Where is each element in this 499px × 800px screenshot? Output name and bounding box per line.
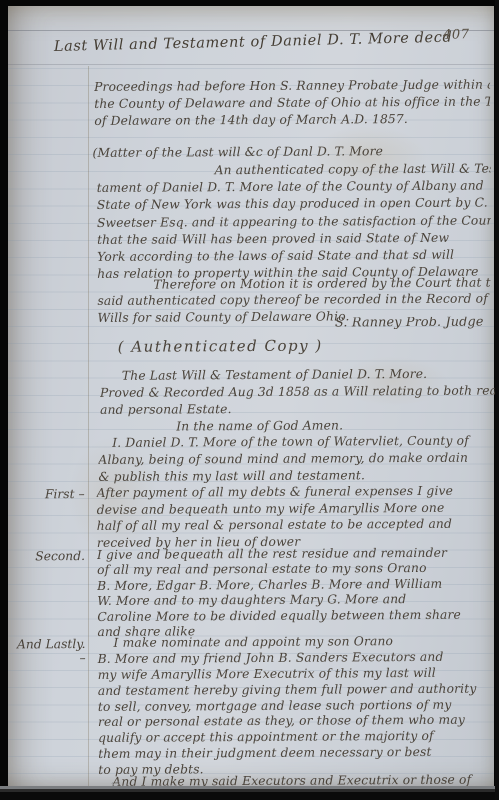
text-line: ( Authenticated Copy ) [118, 338, 398, 356]
section-authenticated-order: An authenticated copy of the last Will &… [97, 163, 492, 286]
margin-label-clause-second: Second. [15, 549, 85, 563]
margin-label-clause-lastly: And Lastly. – [15, 637, 85, 665]
page-number: 407 [443, 27, 470, 43]
section-judge-signature: S. Ranney Prob. Judge [258, 317, 484, 334]
section-testator-declaration: I. Daniel D. T. More of the town of Wate… [98, 435, 496, 489]
section-proceedings: Proceedings had before Hon S. Ranney Pro… [94, 79, 490, 133]
book-bottom-edge [0, 786, 499, 800]
text-line: In the name of God Amen. [176, 419, 436, 437]
ledger-paper: Last Will and Testament of Daniel D. T. … [8, 6, 494, 787]
scanned-page-photo: Last Will and Testament of Daniel D. T. … [0, 0, 499, 800]
text-line: of Delaware on the 14th day of March A.D… [94, 113, 490, 133]
section-clause-lastly: I make nominate and appoint my son Orano… [97, 635, 496, 780]
section-authenticated-copy-heading: ( Authenticated Copy ) [118, 338, 398, 356]
section-matter-caption: (Matter of the Last will &c of Danl D. T… [92, 145, 492, 164]
section-clause-first: After payment of all my debts & funeral … [97, 485, 493, 554]
page-content: Last Will and Testament of Daniel D. T. … [6, 5, 497, 789]
page-header: Last Will and Testament of Daniel D. T. … [54, 29, 484, 55]
book-right-edge [495, 0, 499, 800]
section-invocation: In the name of God Amen. [176, 419, 436, 437]
text-line: S. Ranney Prob. Judge [258, 317, 484, 334]
margin-label-clause-first: First – [15, 487, 85, 501]
section-will-title: The Last Will & Testament of Daniel D. T… [100, 368, 496, 422]
section-clause-second: I give and bequeath all the rest residue… [97, 547, 494, 642]
text-line: and personal Estate. [100, 402, 496, 422]
page-header-title: Last Will and Testament of Daniel D. T. … [54, 30, 453, 55]
text-line: (Matter of the Last will &c of Danl D. T… [92, 145, 492, 164]
document-body: Proceedings had before Hon S. Ranney Pro… [6, 5, 492, 8]
